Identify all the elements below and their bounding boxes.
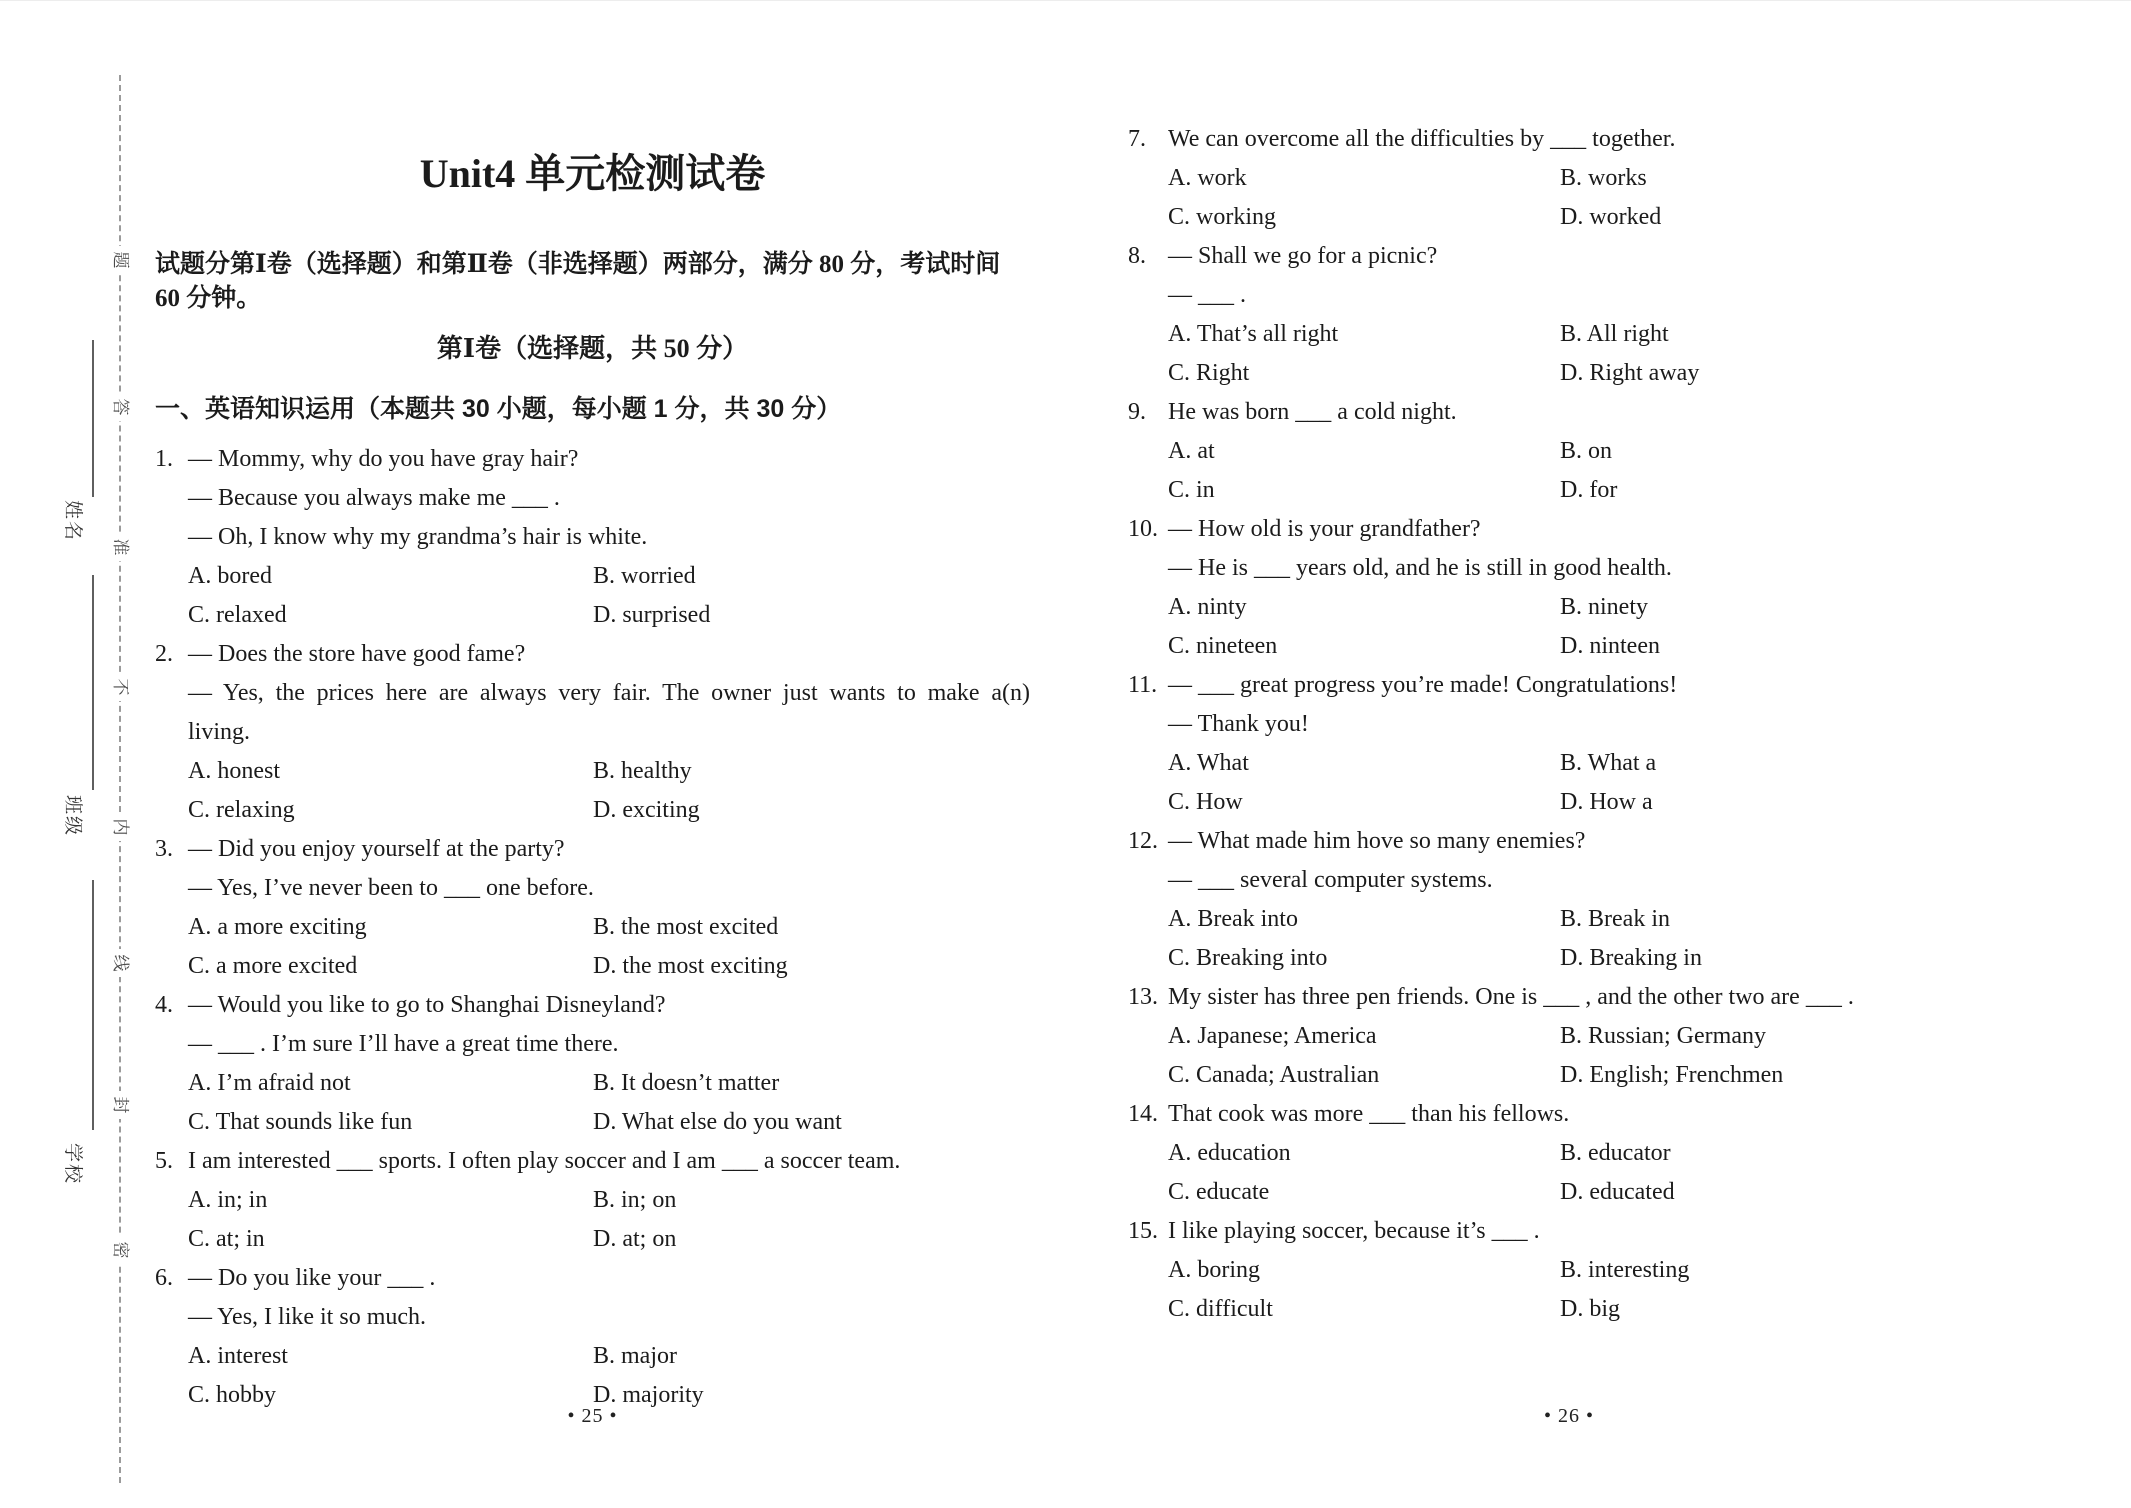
question-2: 2.— Does the store have good fame? — Yes…: [155, 635, 1030, 830]
question-line: — Because you always make me ___ .: [188, 479, 1030, 518]
option-a: A. work: [1168, 159, 1560, 198]
option-d: D. big: [1560, 1290, 2010, 1329]
right-page: 7.We can overcome all the difficulties b…: [1128, 0, 2010, 1329]
question-15: 15.I like playing soccer, because it’s _…: [1128, 1212, 2010, 1329]
question-line: — He is ___ years old, and he is still i…: [1168, 549, 2010, 588]
class-blank-line: [92, 575, 94, 790]
option-a: A. ninty: [1168, 588, 1560, 627]
left-page: Unit4 单元检测试卷 试题分第Ⅰ卷（选择题）和第Ⅱ卷（非选择题）两部分，满分…: [155, 0, 1030, 1415]
seal-char: 答: [107, 393, 133, 421]
question-8: 8.— Shall we go for a picnic? — ___ . A.…: [1128, 237, 2010, 393]
question-line: 13.My sister has three pen friends. One …: [1128, 978, 2010, 1017]
option-c: C. nineteen: [1168, 627, 1560, 666]
question-text: — Would you like to go to Shanghai Disne…: [188, 992, 666, 1018]
question-12: 12.— What made him hove so many enemies?…: [1128, 822, 2010, 978]
question-line: 4.— Would you like to go to Shanghai Dis…: [155, 986, 1030, 1025]
option-c: C. at; in: [188, 1220, 593, 1259]
question-text: — What made him hove so many enemies?: [1168, 828, 1585, 854]
option-d: D. exciting: [593, 791, 1030, 830]
question-line: 9.He was born ___ a cold night.: [1128, 393, 2010, 432]
right-page-number: • 26 •: [1128, 1405, 2010, 1428]
question-text: — Shall we go for a picnic?: [1168, 243, 1437, 269]
question-11: 11.— ___ great progress you’re made! Con…: [1128, 666, 2010, 822]
option-b: B. Break in: [1560, 900, 2010, 939]
question-line: 15.I like playing soccer, because it’s _…: [1128, 1212, 2010, 1251]
option-c: C. That sounds like fun: [188, 1103, 593, 1142]
left-page-number: • 25 •: [155, 1405, 1030, 1428]
question-line: — Oh, I know why my grandma’s hair is wh…: [188, 518, 1030, 557]
question-1: 1.— Mommy, why do you have gray hair? — …: [155, 440, 1030, 635]
question-line: — ___ several computer systems.: [1168, 861, 2010, 900]
question-text: I am interested ___ sports. I often play…: [188, 1148, 900, 1174]
option-c: C. working: [1168, 198, 1560, 237]
option-b: B. It doesn’t matter: [593, 1064, 1030, 1103]
option-d: D. educated: [1560, 1173, 2010, 1212]
option-b: B. works: [1560, 159, 2010, 198]
option-a: A. Break into: [1168, 900, 1560, 939]
question-number: 1.: [155, 440, 188, 479]
option-d: D. for: [1560, 471, 2010, 510]
question-list-left: 1.— Mommy, why do you have gray hair? — …: [155, 440, 1030, 1415]
question-text: He was born ___ a cold night.: [1168, 399, 1457, 425]
seal-char: 准: [107, 533, 133, 561]
option-b: B. interesting: [1560, 1251, 2010, 1290]
question-line: 1.— Mommy, why do you have gray hair?: [155, 440, 1030, 479]
seal-char: 题: [107, 246, 133, 274]
question-line: — Yes, I like it so much.: [188, 1298, 1030, 1337]
option-d: D. How a: [1560, 783, 2010, 822]
option-a: A. bored: [188, 557, 593, 596]
question-line: — Thank you!: [1168, 705, 2010, 744]
option-c: C. in: [1168, 471, 1560, 510]
option-c: C. Right: [1168, 354, 1560, 393]
name-blank-line: [92, 340, 94, 497]
question-number: 2.: [155, 635, 188, 674]
question-line: 8.— Shall we go for a picnic?: [1128, 237, 2010, 276]
option-c: C. Breaking into: [1168, 939, 1560, 978]
question-number: 6.: [155, 1259, 188, 1298]
seal-char: 内: [107, 813, 133, 841]
question-10: 10.— How old is your grandfather? — He i…: [1128, 510, 2010, 666]
question-number: 10.: [1128, 510, 1168, 549]
question-line: 6.— Do you like your ___ .: [155, 1259, 1030, 1298]
option-c: C. relaxing: [188, 791, 593, 830]
option-a: A. boring: [1168, 1251, 1560, 1290]
question-line: 11.— ___ great progress you’re made! Con…: [1128, 666, 2010, 705]
question-number: 13.: [1128, 978, 1168, 1017]
option-d: D. Breaking in: [1560, 939, 2010, 978]
question-number: 3.: [155, 830, 188, 869]
option-b: B. in; on: [593, 1181, 1030, 1220]
exam-sheet: { "header": { "title": "Unit4 单元检测试卷", "…: [0, 0, 2131, 1508]
part-heading: 第Ⅰ卷（选择题，共 50 分）: [155, 332, 1030, 366]
option-b: B. major: [593, 1337, 1030, 1376]
page-title: Unit4 单元检测试卷: [155, 146, 1030, 202]
option-d: D. surprised: [593, 596, 1030, 635]
question-line: — ___ . I’m sure I’ll have a great time …: [188, 1025, 1030, 1064]
option-d: D. What else do you want: [593, 1103, 1030, 1142]
option-a: A. at: [1168, 432, 1560, 471]
question-4: 4.— Would you like to go to Shanghai Dis…: [155, 986, 1030, 1142]
option-b: B. educator: [1560, 1134, 2010, 1173]
question-line: — Yes, the prices here are always very f…: [188, 674, 1030, 713]
question-text: — ___ great progress you’re made! Congra…: [1168, 672, 1677, 698]
question-13: 13.My sister has three pen friends. One …: [1128, 978, 2010, 1095]
option-a: A. honest: [188, 752, 593, 791]
question-text: We can overcome all the difficulties by …: [1168, 126, 1675, 152]
seal-char: 不: [107, 673, 133, 701]
option-b: B. worried: [593, 557, 1030, 596]
question-14: 14.That cook was more ___ than his fello…: [1128, 1095, 2010, 1212]
question-3: 3.— Did you enjoy yourself at the party?…: [155, 830, 1030, 986]
option-c: C. educate: [1168, 1173, 1560, 1212]
question-line: 14.That cook was more ___ than his fello…: [1128, 1095, 2010, 1134]
section-heading: 一、英语知识运用（本题共 30 小题，每小题 1 分，共 30 分）: [155, 392, 1030, 426]
school-label: 学校: [59, 1142, 85, 1186]
seal-char: 封: [107, 1091, 133, 1119]
question-number: 4.: [155, 986, 188, 1025]
option-a: A. education: [1168, 1134, 1560, 1173]
question-number: 15.: [1128, 1212, 1168, 1251]
option-b: B. What a: [1560, 744, 2010, 783]
option-a: A. What: [1168, 744, 1560, 783]
option-a: A. in; in: [188, 1181, 593, 1220]
question-text: — Mommy, why do you have gray hair?: [188, 446, 578, 472]
question-number: 9.: [1128, 393, 1168, 432]
question-list-right: 7.We can overcome all the difficulties b…: [1128, 120, 2010, 1329]
option-c: C. a more excited: [188, 947, 593, 986]
seal-char: 线: [107, 949, 133, 977]
option-d: D. ninteen: [1560, 627, 2010, 666]
option-a: A. interest: [188, 1337, 593, 1376]
question-line: 7.We can overcome all the difficulties b…: [1128, 120, 2010, 159]
question-text: My sister has three pen friends. One is …: [1168, 984, 1854, 1010]
question-number: 12.: [1128, 822, 1168, 861]
option-b: B. on: [1560, 432, 2010, 471]
question-text: — How old is your grandfather?: [1168, 516, 1481, 542]
option-b: B. healthy: [593, 752, 1030, 791]
option-b: B. ninety: [1560, 588, 2010, 627]
question-line: 10.— How old is your grandfather?: [1128, 510, 2010, 549]
question-number: 14.: [1128, 1095, 1168, 1134]
question-9: 9.He was born ___ a cold night. A. atB. …: [1128, 393, 2010, 510]
option-d: D. English; Frenchmen: [1560, 1056, 2010, 1095]
question-line: 12.— What made him hove so many enemies?: [1128, 822, 2010, 861]
question-text: — Do you like your ___ .: [188, 1265, 435, 1291]
option-d: D. Right away: [1560, 354, 2010, 393]
option-d: D. the most exciting: [593, 947, 1030, 986]
question-text: — Does the store have good fame?: [188, 641, 525, 667]
question-number: 11.: [1128, 666, 1168, 705]
question-number: 7.: [1128, 120, 1168, 159]
option-a: A. Japanese; America: [1168, 1017, 1560, 1056]
question-5: 5.I am interested ___ sports. I often pl…: [155, 1142, 1030, 1259]
option-a: A. That’s all right: [1168, 315, 1560, 354]
name-label: 姓名: [59, 499, 85, 543]
question-line: 3.— Did you enjoy yourself at the party?: [155, 830, 1030, 869]
question-line: 2.— Does the store have good fame?: [155, 635, 1030, 674]
option-a: A. I’m afraid not: [188, 1064, 593, 1103]
option-b: B. Russian; Germany: [1560, 1017, 2010, 1056]
question-line: — ___ .: [1168, 276, 2010, 315]
question-number: 5.: [155, 1142, 188, 1181]
option-c: C. relaxed: [188, 596, 593, 635]
question-7: 7.We can overcome all the difficulties b…: [1128, 120, 2010, 237]
option-b: B. the most excited: [593, 908, 1030, 947]
question-text: — Did you enjoy yourself at the party?: [188, 836, 565, 862]
question-text: I like playing soccer, because it’s ___ …: [1168, 1218, 1540, 1244]
option-b: B. All right: [1560, 315, 2010, 354]
question-text: That cook was more ___ than his fellows.: [1168, 1101, 1569, 1127]
option-c: C. difficult: [1168, 1290, 1560, 1329]
question-6: 6.— Do you like your ___ . — Yes, I like…: [155, 1259, 1030, 1415]
question-line: 5.I am interested ___ sports. I often pl…: [155, 1142, 1030, 1181]
question-line: living.: [188, 713, 1030, 752]
class-label: 班级: [59, 794, 85, 838]
seal-char: 密: [107, 1236, 133, 1264]
exam-intro: 试题分第Ⅰ卷（选择题）和第Ⅱ卷（非选择题）两部分，满分 80 分，考试时间 60…: [155, 248, 1030, 316]
question-line: — Yes, I’ve never been to ___ one before…: [188, 869, 1030, 908]
option-a: A. a more exciting: [188, 908, 593, 947]
school-blank-line: [92, 880, 94, 1130]
option-d: D. worked: [1560, 198, 2010, 237]
option-c: C. How: [1168, 783, 1560, 822]
seal-dashed-line: [119, 75, 121, 1483]
question-number: 8.: [1128, 237, 1168, 276]
option-c: C. Canada; Australian: [1168, 1056, 1560, 1095]
option-d: D. at; on: [593, 1220, 1030, 1259]
